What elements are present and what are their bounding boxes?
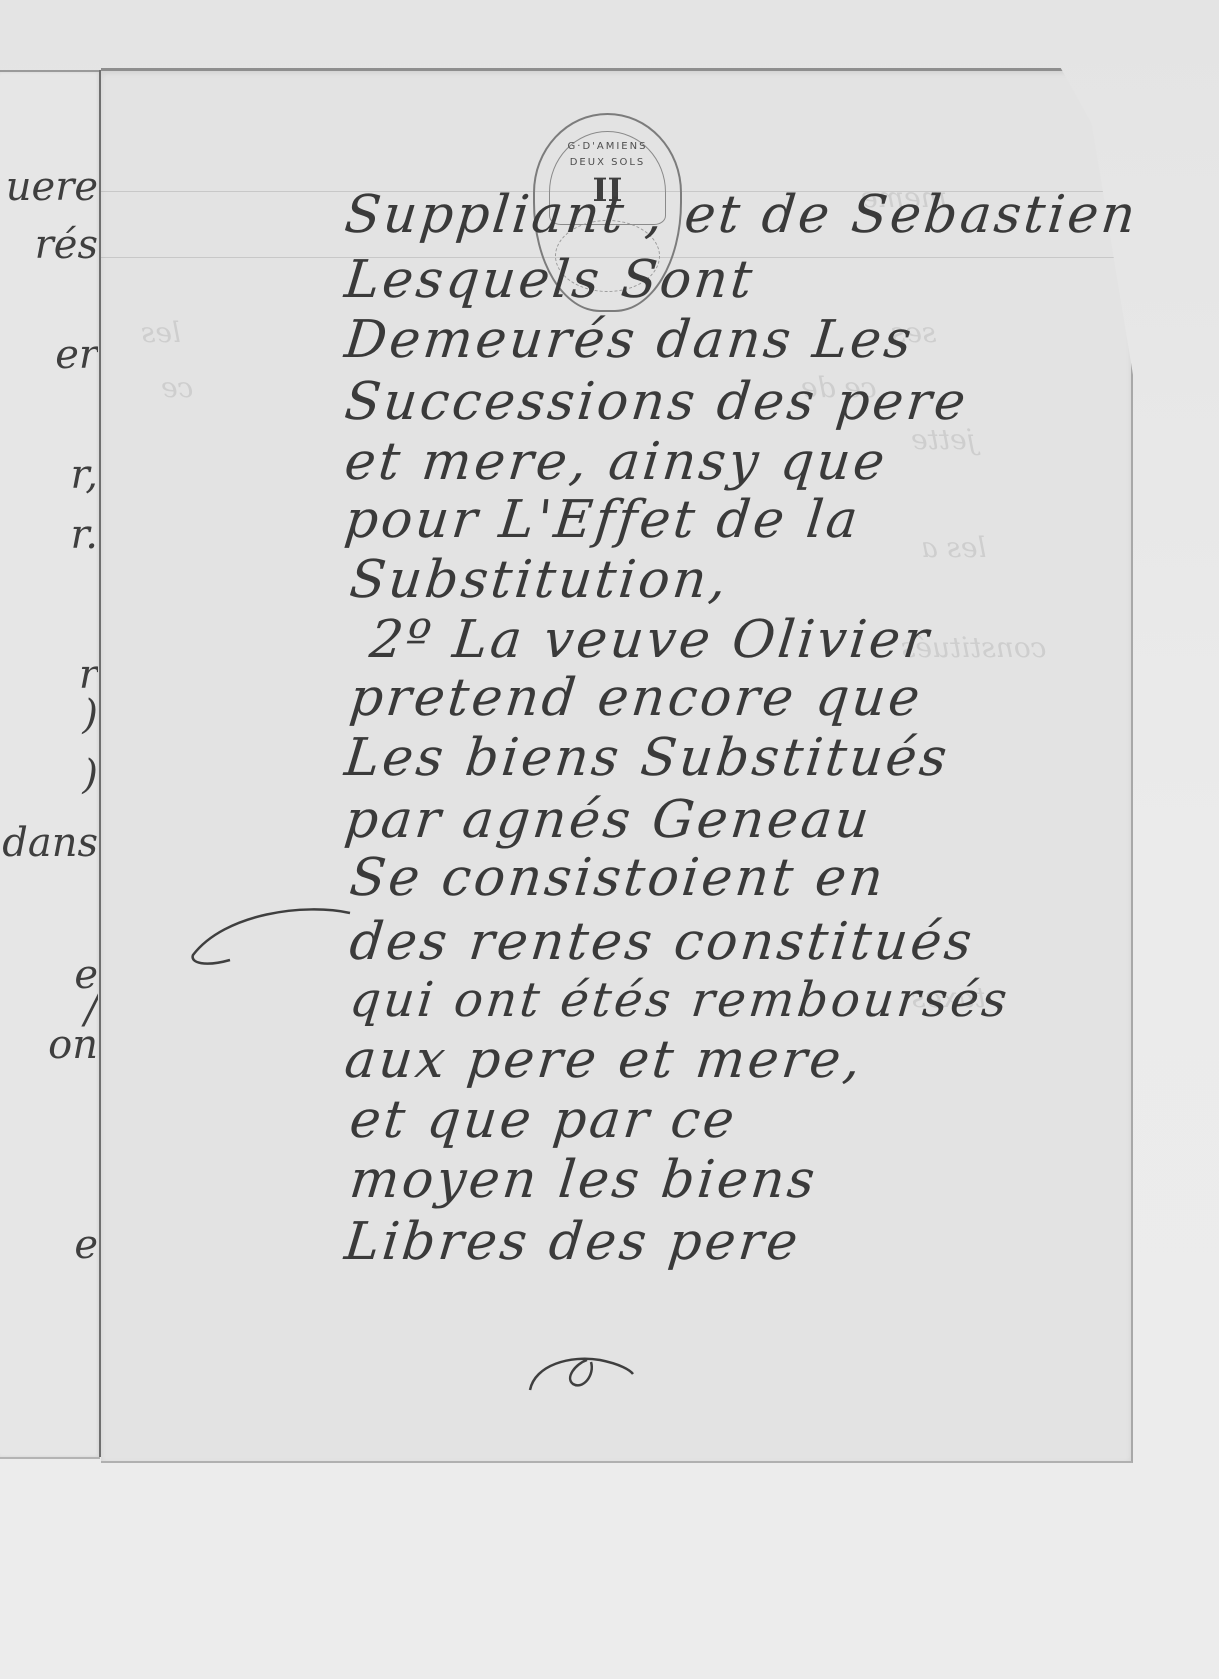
manuscript-line: pretend encore que bbox=[347, 668, 926, 728]
end-flourish-icon bbox=[525, 1350, 635, 1395]
manuscript-line: des rentes constitués bbox=[347, 912, 978, 972]
left-fragment-text: ) bbox=[0, 692, 98, 738]
manuscript-line: 2º La veuve Olivier bbox=[367, 610, 934, 670]
left-page-fragment: uere rés er r, r. r ) ) dans e / on e bbox=[0, 70, 100, 1459]
bleed-through-text: les a bbox=[921, 531, 987, 564]
manuscript-line: Successions des pere bbox=[342, 372, 971, 432]
parenthesis-flourish-icon bbox=[185, 905, 355, 975]
manuscript-line: Substitution, bbox=[347, 550, 732, 610]
left-fragment-text: ) bbox=[0, 752, 98, 798]
left-fragment-text: on bbox=[0, 1022, 98, 1068]
manuscript-line: Les biens Substitués bbox=[342, 728, 953, 788]
left-fragment-text: rés bbox=[0, 222, 98, 268]
manuscript-line: et que par ce bbox=[347, 1090, 740, 1150]
bleed-through-text: les bbox=[141, 316, 181, 349]
bleed-through-text: ce bbox=[161, 371, 193, 404]
manuscript-line: Suppliant , et de Sebastien bbox=[342, 185, 1141, 245]
manuscript-line: aux pere et mere, bbox=[342, 1030, 866, 1090]
manuscript-line: qui ont étés remboursés bbox=[347, 972, 1013, 1028]
left-fragment-text: e bbox=[0, 1222, 98, 1268]
manuscript-line: pour L'Effet de la bbox=[342, 490, 863, 550]
left-fragment-text: er bbox=[0, 332, 98, 378]
stamp-middle-text: DEUX SOLS bbox=[535, 157, 680, 168]
manuscript-line: Lesquels Sont bbox=[342, 250, 758, 310]
stamp-top-text: G·D'AMIENS bbox=[535, 141, 680, 152]
left-fragment-text: r. bbox=[0, 512, 98, 558]
manuscript-line: par agnés Geneau bbox=[342, 790, 875, 850]
left-fragment-text: r, bbox=[0, 452, 98, 498]
manuscript-line: Se consistoient en bbox=[347, 848, 889, 908]
manuscript-line: Demeurés dans Les bbox=[342, 310, 917, 370]
manuscript-line: Libres des pere bbox=[342, 1212, 804, 1272]
left-fragment-text: uere bbox=[0, 164, 98, 210]
left-fragment-text: dans bbox=[0, 820, 98, 866]
manuscript-line: moyen les biens bbox=[347, 1150, 821, 1210]
manuscript-line: et mere, ainsy que bbox=[342, 432, 891, 492]
page-fold bbox=[99, 70, 101, 1457]
